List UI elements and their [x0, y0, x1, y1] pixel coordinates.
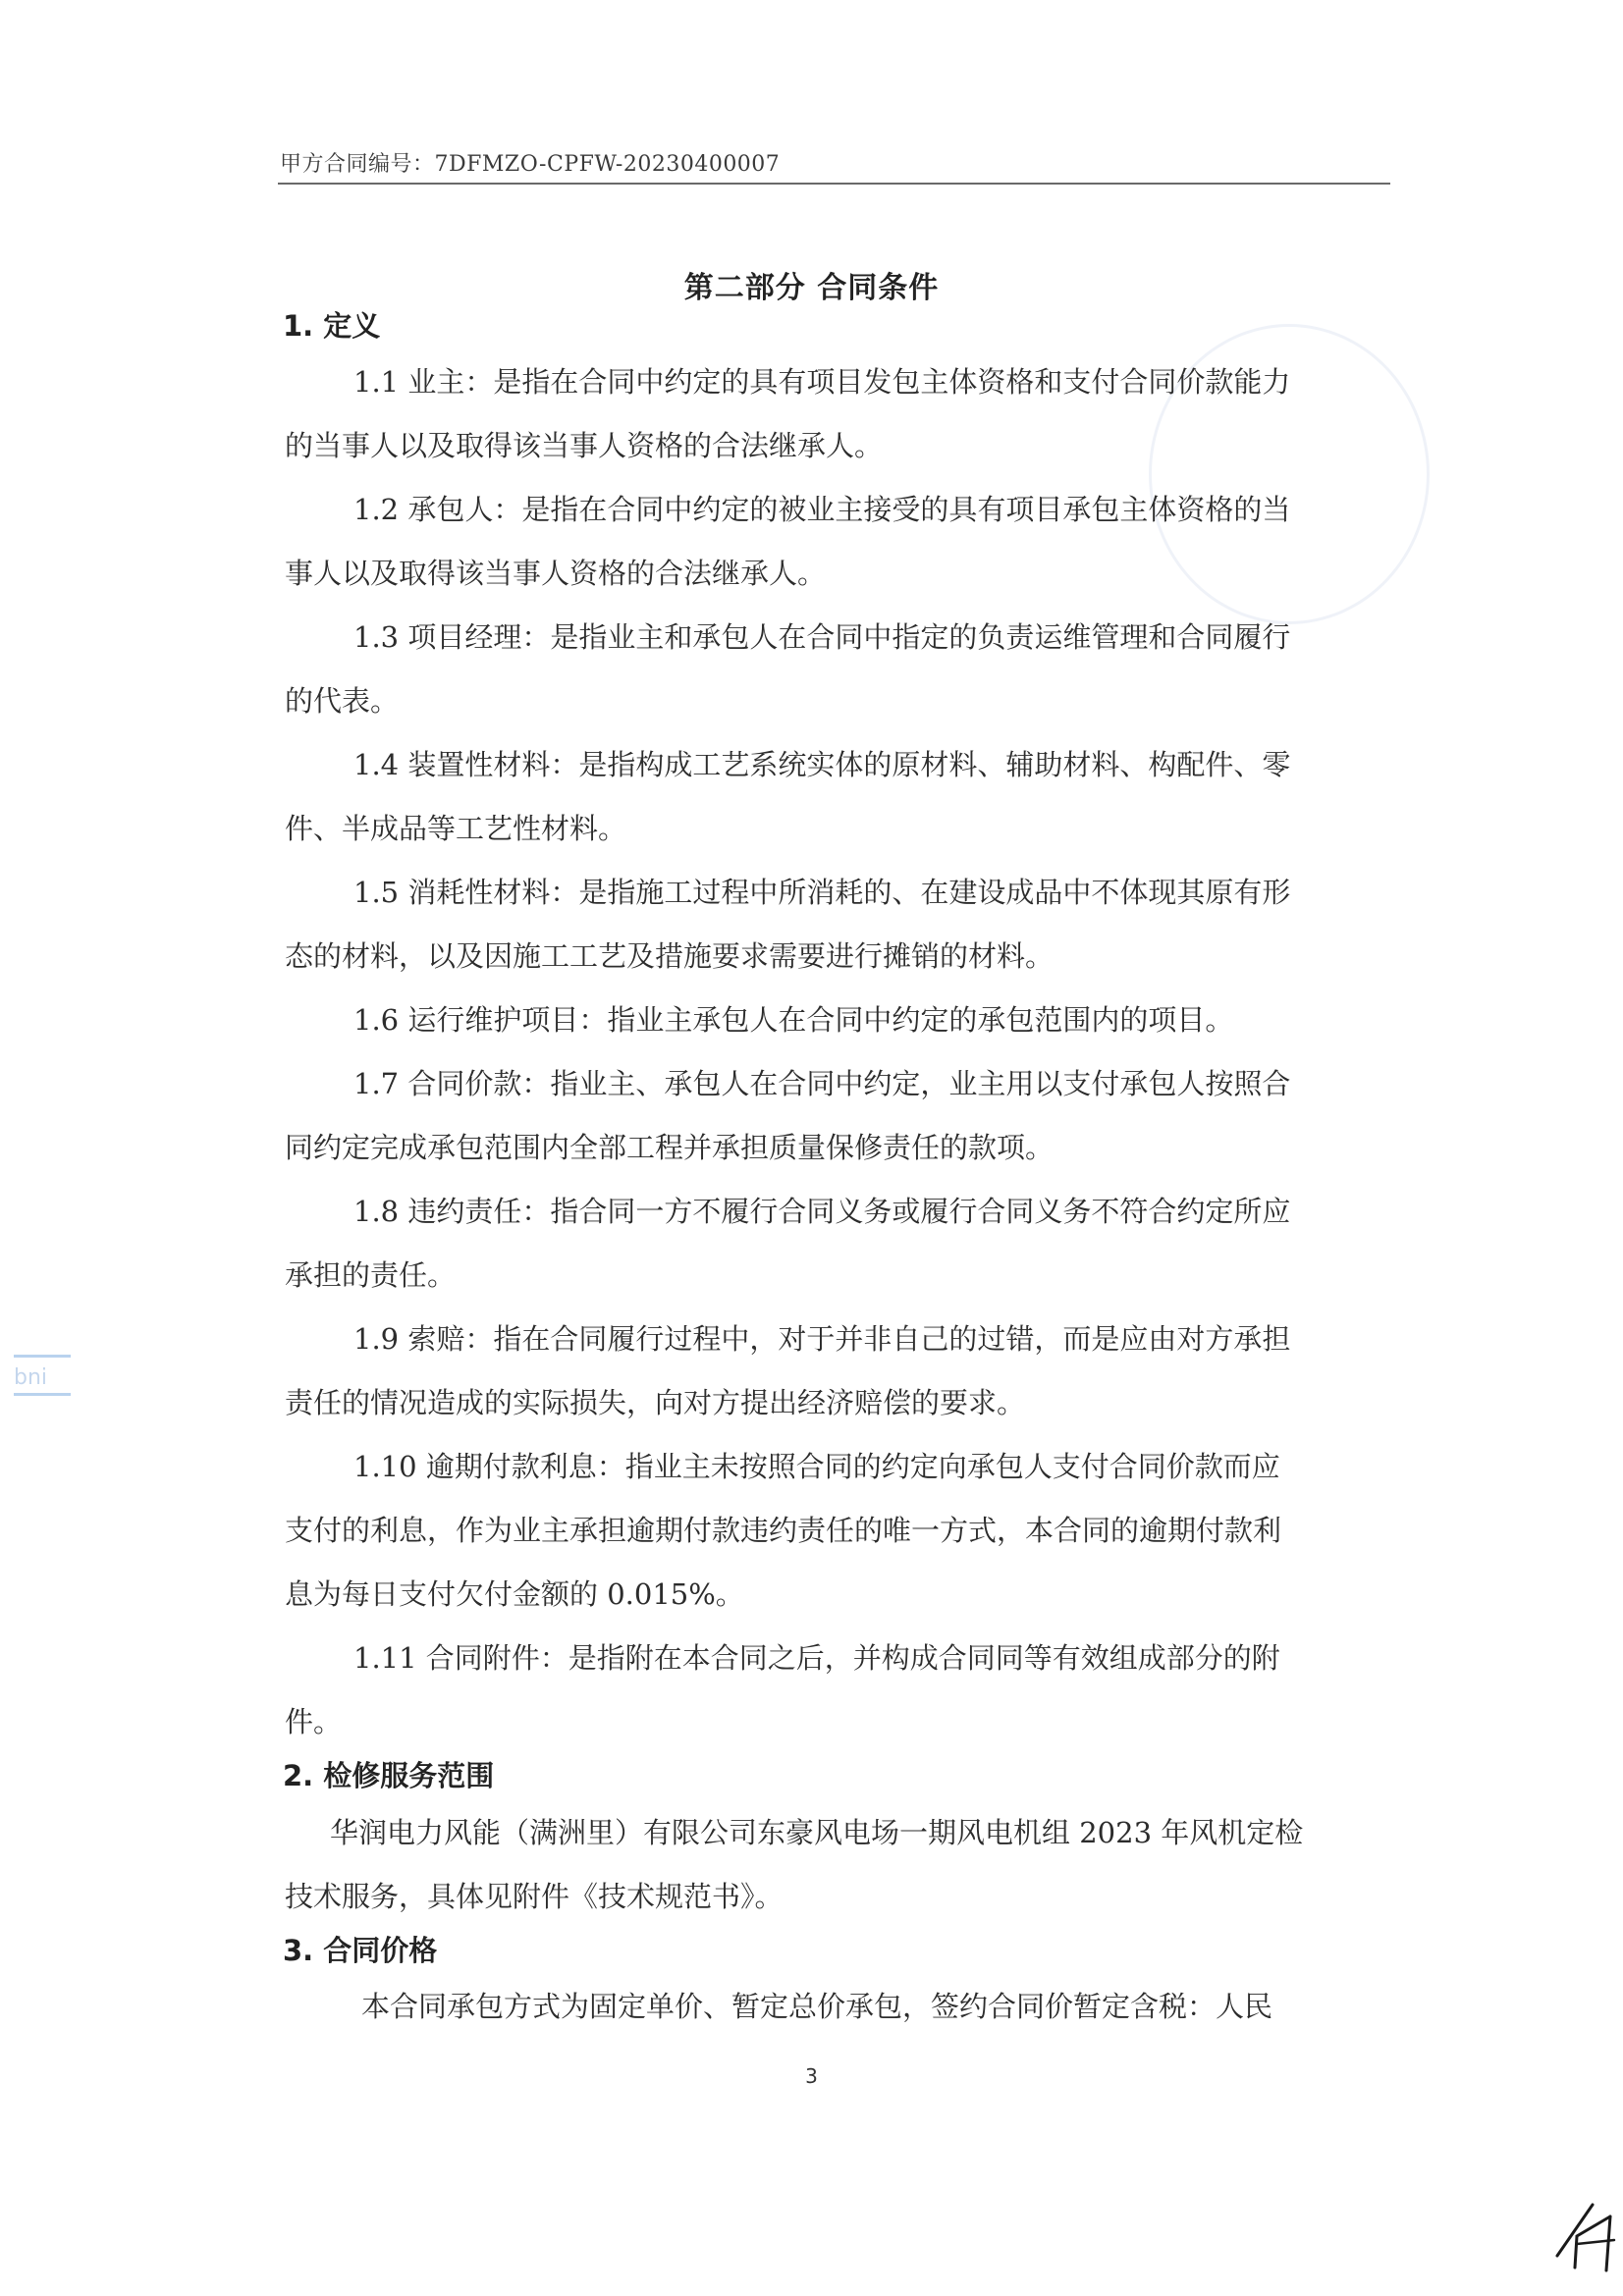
clause-1-7: 1.7 合同价款：指业主、承包人在合同中约定，业主用以支付承包人按照合 同约定完…: [285, 1052, 1386, 1180]
handwritten-14-icon: [1553, 2197, 1622, 2275]
page-title: 第二部分 合同条件: [0, 263, 1623, 306]
clause-line: 承担的责任。: [285, 1258, 456, 1292]
margin-seal-stamp: bni: [14, 1355, 71, 1590]
clause-1-5: 1.5 消耗性材料：是指施工过程中所消耗的、在建设成品中不体现其原有形 态的材料…: [285, 861, 1386, 988]
clause-1-1: 1.1 业主：是指在合同中约定的具有项目发包主体资格和支付合同价款能力 的当事人…: [285, 350, 1386, 478]
clause-line: 态的材料，以及因施工工艺及措施要求需要进行摊销的材料。: [285, 939, 1054, 973]
service-scope-paragraph: 华润电力风能（满洲里）有限公司东豪风电场一期风电机组 2023 年风机定检 技术…: [285, 1801, 1386, 1929]
clause-line: 1.4 装置性材料：是指构成工艺系统实体的原材料、辅助材料、构配件、零: [353, 748, 1290, 781]
clause-1-8: 1.8 违约责任：指合同一方不履行合同义务或履行合同义务不符合约定所应 承担的责…: [285, 1180, 1386, 1308]
clause-line: 1.7 合同价款：指业主、承包人在合同中约定，业主用以支付承包人按照合: [353, 1067, 1290, 1100]
clause-line: 华润电力风能（满洲里）有限公司东豪风电场一期风电机组 2023 年风机定检: [330, 1816, 1303, 1849]
clause-1-9: 1.9 索赔：指在合同履行过程中，对于并非自己的过错，而是应由对方承担 责任的情…: [285, 1308, 1386, 1435]
clause-1-10: 1.10 逾期付款利息：指业主未按照合同的约定向承包人支付合同价款而应 支付的利…: [285, 1435, 1386, 1627]
clause-1-2: 1.2 承包人：是指在合同中约定的被业主接受的具有项目承包主体资格的当 事人以及…: [285, 478, 1386, 606]
clause-line: 1.11 合同附件：是指附在本合同之后，并构成合同同等有效组成部分的附: [353, 1641, 1280, 1675]
clause-line: 同约定完成承包范围内全部工程并承担质量保修责任的款项。: [285, 1131, 1054, 1164]
margin-stamp-text: bni: [14, 1363, 71, 1393]
clause-line: 事人以及取得该当事人资格的合法继承人。: [285, 557, 826, 590]
clause-line: 责任的情况造成的实际损失，向对方提出经济赔偿的要求。: [285, 1386, 1025, 1419]
clause-line: 的代表。: [285, 684, 399, 718]
document-page: 甲方合同编号：7DFMZO-CPFW-20230400007 第二部分 合同条件…: [0, 0, 1623, 2296]
clause-line: 件。: [285, 1705, 342, 1738]
section-heading-definitions: 1. 定义: [283, 304, 380, 345]
contract-number-header: 甲方合同编号：7DFMZO-CPFW-20230400007: [280, 147, 780, 178]
clause-line: 的当事人以及取得该当事人资格的合法继承人。: [285, 429, 883, 462]
clause-line: 件、半成品等工艺性材料。: [285, 812, 626, 845]
section-heading-service-scope: 2. 检修服务范围: [283, 1754, 494, 1794]
clause-line: 息为每日支付欠付金额的 0.015%。: [285, 1577, 744, 1611]
clause-line: 1.3 项目经理：是指业主和承包人在合同中指定的负责运维管理和合同履行: [353, 620, 1290, 654]
clause-line: 1.5 消耗性材料：是指施工过程中所消耗的、在建设成品中不体现其原有形: [353, 876, 1290, 909]
clause-line: 1.8 违约责任：指合同一方不履行合同义务或履行合同义务不符合约定所应: [353, 1195, 1290, 1228]
clause-line: 支付的利息，作为业主承担逾期付款违约责任的唯一方式，本合同的逾期付款利: [285, 1514, 1281, 1547]
handwritten-page-mark: [1553, 2197, 1622, 2279]
clause-line: 1.6 运行维护项目：指业主承包人在合同中约定的承包范围内的项目。: [353, 1003, 1233, 1037]
clause-line: 1.9 索赔：指在合同履行过程中，对于并非自己的过错，而是应由对方承担: [353, 1322, 1290, 1356]
clause-1-6: 1.6 运行维护项目：指业主承包人在合同中约定的承包范围内的项目。: [285, 988, 1386, 1052]
clause-line: 1.10 逾期付款利息：指业主未按照合同的约定向承包人支付合同价款而应: [353, 1450, 1280, 1483]
contract-price-paragraph: 本合同承包方式为固定单价、暂定总价承包，签约合同价暂定含税：人民: [285, 1975, 1386, 2039]
clause-line: 技术服务，具体见附件《技术规范书》。: [285, 1880, 784, 1913]
clause-1-4: 1.4 装置性材料：是指构成工艺系统实体的原材料、辅助材料、构配件、零 件、半成…: [285, 733, 1386, 861]
clause-1-11: 1.11 合同附件：是指附在本合同之后，并构成合同同等有效组成部分的附 件。: [285, 1627, 1386, 1754]
page-number: 3: [0, 2064, 1623, 2088]
clause-line: 1.1 业主：是指在合同中约定的具有项目发包主体资格和支付合同价款能力: [353, 365, 1290, 399]
clause-1-3: 1.3 项目经理：是指业主和承包人在合同中指定的负责运维管理和合同履行 的代表。: [285, 606, 1386, 733]
section-heading-contract-price: 3. 合同价格: [283, 1929, 437, 1969]
clause-line: 本合同承包方式为固定单价、暂定总价承包，签约合同价暂定含税：人民: [361, 1990, 1272, 2023]
header-divider: [278, 183, 1390, 185]
clause-line: 1.2 承包人：是指在合同中约定的被业主接受的具有项目承包主体资格的当: [353, 493, 1290, 526]
